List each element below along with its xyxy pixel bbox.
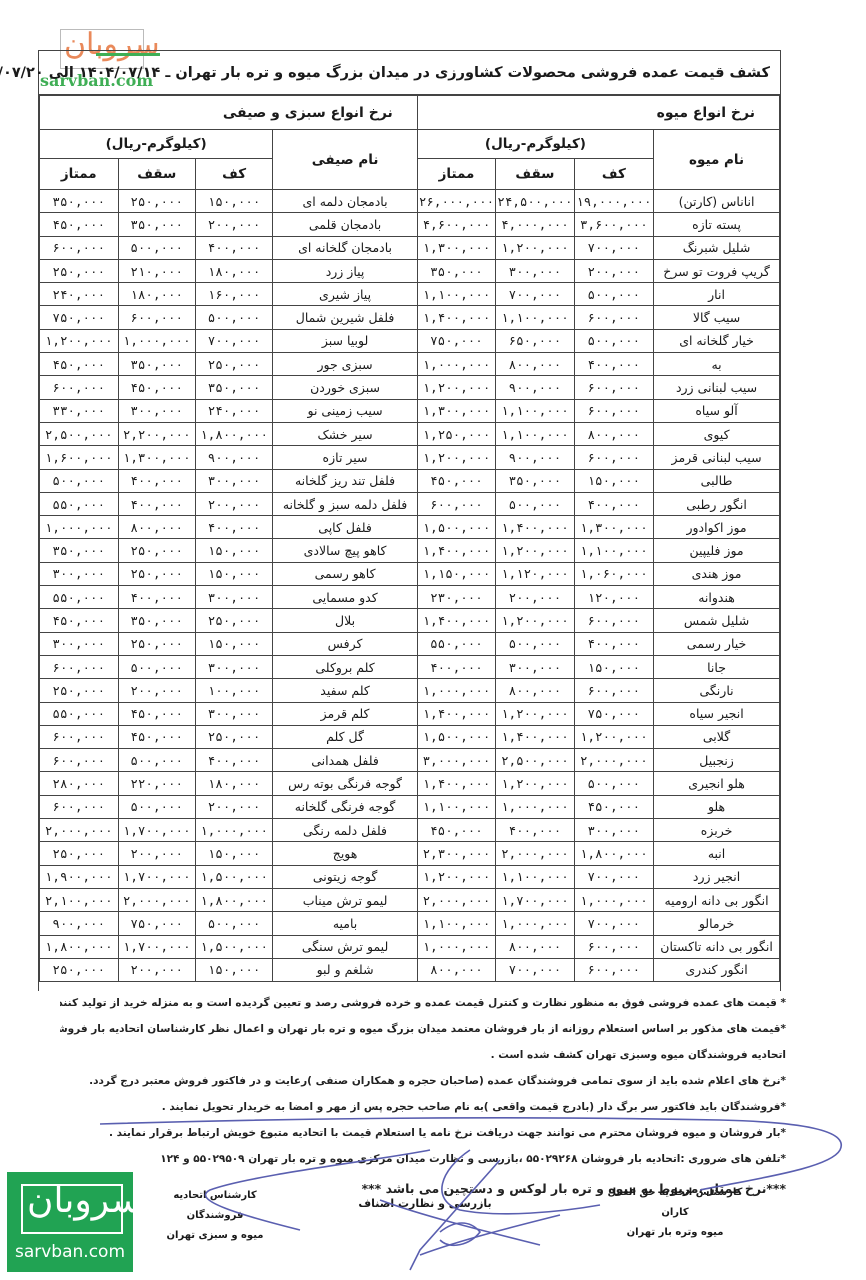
fruit-name-cell: سیب لبنانی زرد <box>654 376 780 399</box>
vegetable-max-cell: ۳۵۰,۰۰۰ <box>118 213 195 236</box>
note-line: اتحادیه فروشندگان میوه وسبزی تهران کشف ش… <box>60 1042 786 1068</box>
fruit-premium-cell: ۱,۱۵۰,۰۰۰ <box>417 562 495 585</box>
fruit-max-cell: ۱,۰۰۰,۰۰۰ <box>496 795 574 818</box>
vegetable-min-cell: ۱,۵۰۰,۰۰۰ <box>195 935 272 958</box>
fruit-section-heading: نرخ انواع میوه <box>417 96 779 130</box>
table-row: جانا۱۵۰,۰۰۰۳۰۰,۰۰۰۴۰۰,۰۰۰کلم بروکلی۳۰۰,۰… <box>40 655 780 678</box>
vegetable-premium-cell: ۲۵۰,۰۰۰ <box>40 679 119 702</box>
vegetable-max-cell: ۲۵۰,۰۰۰ <box>118 190 195 213</box>
vegetable-premium-header: ممتاز <box>40 159 119 190</box>
vegetable-min-cell: ۲۴۰,۰۰۰ <box>195 399 272 422</box>
fruit-premium-cell: ۲۶,۰۰۰,۰۰۰ <box>417 190 495 213</box>
vegetable-max-cell: ۸۰۰,۰۰۰ <box>118 516 195 539</box>
fruit-name-cell: شلیل شبرنگ <box>654 236 780 259</box>
table-row: آلو سیاه۶۰۰,۰۰۰۱,۱۰۰,۰۰۰۱,۳۰۰,۰۰۰سیب زمی… <box>40 399 780 422</box>
vegetable-min-cell: ۳۰۰,۰۰۰ <box>195 469 272 492</box>
vegetable-max-cell: ۱,۷۰۰,۰۰۰ <box>118 819 195 842</box>
note-line: *تلفن های ضروری :اتحادیه بار فروشان ۵۵۰۲… <box>60 1146 786 1172</box>
vegetable-min-cell: ۲۰۰,۰۰۰ <box>195 492 272 515</box>
fruit-premium-cell: ۲,۰۰۰,۰۰۰ <box>417 888 495 911</box>
vegetable-max-cell: ۲۰۰,۰۰۰ <box>118 842 195 865</box>
fruit-max-cell: ۹۰۰,۰۰۰ <box>496 446 574 469</box>
vegetable-premium-cell: ۳۵۰,۰۰۰ <box>40 539 119 562</box>
vegetable-name-cell: کلم بروکلی <box>273 655 417 678</box>
vegetable-min-cell: ۵۰۰,۰۰۰ <box>195 306 272 329</box>
fruit-min-cell: ۶۰۰,۰۰۰ <box>574 935 653 958</box>
fruit-name-header: نام میوه <box>654 130 780 190</box>
vegetable-name-cell: گوجه فرنگی بوته رس <box>273 772 417 795</box>
fruit-name-cell: اناناس (کارتن) <box>654 190 780 213</box>
vegetable-premium-cell: ۲۴۰,۰۰۰ <box>40 283 119 306</box>
fruit-min-cell: ۳,۶۰۰,۰۰۰ <box>574 213 653 236</box>
fruit-premium-cell: ۴۵۰,۰۰۰ <box>417 819 495 842</box>
fruit-min-cell: ۶۰۰,۰۰۰ <box>574 306 653 329</box>
fruit-premium-cell: ۱,۲۵۰,۰۰۰ <box>417 422 495 445</box>
fruit-max-cell: ۱,۱۰۰,۰۰۰ <box>496 306 574 329</box>
vegetable-name-cell: پیاز شیری <box>273 283 417 306</box>
fruit-premium-cell: ۱,۰۰۰,۰۰۰ <box>417 935 495 958</box>
table-row: اناناس (کارتن)۱۹,۰۰۰,۰۰۰۲۴,۵۰۰,۰۰۰۲۶,۰۰۰… <box>40 190 780 213</box>
fruit-min-cell: ۴۵۰,۰۰۰ <box>574 795 653 818</box>
vegetable-max-cell: ۵۰۰,۰۰۰ <box>118 655 195 678</box>
table-row: زنجبیل۲,۰۰۰,۰۰۰۲,۵۰۰,۰۰۰۳,۰۰۰,۰۰۰فلفل هم… <box>40 749 780 772</box>
table-row: طالبی۱۵۰,۰۰۰۳۵۰,۰۰۰۴۵۰,۰۰۰فلفل تند ریز گ… <box>40 469 780 492</box>
vegetable-premium-cell: ۱,۰۰۰,۰۰۰ <box>40 516 119 539</box>
vegetable-premium-cell: ۴۵۰,۰۰۰ <box>40 213 119 236</box>
fruit-name-cell: گریپ فروت تو سرخ <box>654 259 780 282</box>
fruit-name-cell: انگور کندری <box>654 958 780 981</box>
vegetable-min-cell: ۲۵۰,۰۰۰ <box>195 609 272 632</box>
fruit-name-cell: هندوانه <box>654 586 780 609</box>
table-row: انار۵۰۰,۰۰۰۷۰۰,۰۰۰۱,۱۰۰,۰۰۰پیاز شیری۱۶۰,… <box>40 283 780 306</box>
fruit-min-cell: ۳۰۰,۰۰۰ <box>574 819 653 842</box>
vegetable-min-cell: ۱,۸۰۰,۰۰۰ <box>195 888 272 911</box>
fruit-min-cell: ۱۵۰,۰۰۰ <box>574 469 653 492</box>
vegetable-section-heading: نرخ انواع سبزی و صیفی <box>40 96 418 130</box>
vegetable-premium-cell: ۵۵۰,۰۰۰ <box>40 492 119 515</box>
fruit-name-cell: نارنگی <box>654 679 780 702</box>
fruit-max-cell: ۵۰۰,۰۰۰ <box>496 632 574 655</box>
fruit-min-cell: ۵۰۰,۰۰۰ <box>574 772 653 795</box>
fruit-min-cell: ۱۵۰,۰۰۰ <box>574 655 653 678</box>
fruit-min-cell: ۵۰۰,۰۰۰ <box>574 329 653 352</box>
fruit-min-cell: ۷۰۰,۰۰۰ <box>574 912 653 935</box>
vegetable-max-cell: ۲۱۰,۰۰۰ <box>118 259 195 282</box>
vegetable-name-cell: بادمجان قلمی <box>273 213 417 236</box>
vegetable-min-cell: ۱,۰۰۰,۰۰۰ <box>195 819 272 842</box>
fruit-name-cell: خیار گلخانه ای <box>654 329 780 352</box>
price-sheet: کشف قیمت عمده فروشی محصولات کشاورزی در م… <box>38 50 781 991</box>
vegetable-premium-cell: ۶۰۰,۰۰۰ <box>40 236 119 259</box>
fruit-premium-cell: ۱,۱۰۰,۰۰۰ <box>417 795 495 818</box>
watermark-bottom: سروبان sarvban.com <box>7 1172 133 1272</box>
vegetable-premium-cell: ۵۵۰,۰۰۰ <box>40 702 119 725</box>
vegetable-name-cell: کرفس <box>273 632 417 655</box>
vegetable-min-cell: ۳۰۰,۰۰۰ <box>195 586 272 609</box>
fruit-min-cell: ۱۲۰,۰۰۰ <box>574 586 653 609</box>
table-row: نارنگی۶۰۰,۰۰۰۸۰۰,۰۰۰۱,۰۰۰,۰۰۰کلم سفید۱۰۰… <box>40 679 780 702</box>
vegetable-name-cell: لیمو ترش سنگی <box>273 935 417 958</box>
vegetable-name-cell: گوجه زیتونی <box>273 865 417 888</box>
vegetable-premium-cell: ۱,۶۰۰,۰۰۰ <box>40 446 119 469</box>
fruit-name-cell: انار <box>654 283 780 306</box>
fruit-name-cell: انگور بی دانه تاکستان <box>654 935 780 958</box>
fruit-name-cell: خربزه <box>654 819 780 842</box>
vegetable-name-cell: لوبیا سبز <box>273 329 417 352</box>
vegetable-premium-cell: ۳۰۰,۰۰۰ <box>40 632 119 655</box>
fruit-max-cell: ۷۰۰,۰۰۰ <box>496 958 574 981</box>
vegetable-max-cell: ۴۰۰,۰۰۰ <box>118 586 195 609</box>
fruit-min-cell: ۱,۱۰۰,۰۰۰ <box>574 539 653 562</box>
vegetable-min-cell: ۱۵۰,۰۰۰ <box>195 539 272 562</box>
fruit-min-cell: ۱۹,۰۰۰,۰۰۰ <box>574 190 653 213</box>
table-row: خربزه۳۰۰,۰۰۰۴۰۰,۰۰۰۴۵۰,۰۰۰فلفل دلمه رنگی… <box>40 819 780 842</box>
vegetable-max-cell: ۴۰۰,۰۰۰ <box>118 469 195 492</box>
note-line: *فروشندگان باید فاکتور سر برگ دار (بادرج… <box>60 1094 786 1120</box>
vegetable-max-cell: ۵۰۰,۰۰۰ <box>118 749 195 772</box>
note-line: * قیمت های عمده فروشی فوق به منظور نظارت… <box>60 990 786 1016</box>
fruit-premium-cell: ۲۳۰,۰۰۰ <box>417 586 495 609</box>
vegetable-max-cell: ۴۵۰,۰۰۰ <box>118 725 195 748</box>
fruit-name-cell: شلیل شمس <box>654 609 780 632</box>
fruit-name-cell: به <box>654 353 780 376</box>
vegetable-premium-cell: ۳۵۰,۰۰۰ <box>40 190 119 213</box>
fruit-premium-cell: ۷۵۰,۰۰۰ <box>417 329 495 352</box>
fruit-premium-cell: ۶۰۰,۰۰۰ <box>417 492 495 515</box>
fruit-min-cell: ۸۰۰,۰۰۰ <box>574 422 653 445</box>
vegetable-premium-cell: ۳۰۰,۰۰۰ <box>40 562 119 585</box>
vegetable-premium-cell: ۲۸۰,۰۰۰ <box>40 772 119 795</box>
fruit-max-cell: ۵۰۰,۰۰۰ <box>496 492 574 515</box>
table-row: انبه۱,۸۰۰,۰۰۰۲,۰۰۰,۰۰۰۲,۳۰۰,۰۰۰هویج۱۵۰,۰… <box>40 842 780 865</box>
fruit-name-cell: انجیر زرد <box>654 865 780 888</box>
fruit-name-cell: انگور بی دانه ارومیه <box>654 888 780 911</box>
fruit-premium-cell: ۱,۳۰۰,۰۰۰ <box>417 236 495 259</box>
fruit-premium-cell: ۴,۶۰۰,۰۰۰ <box>417 213 495 236</box>
fruit-max-cell: ۹۰۰,۰۰۰ <box>496 376 574 399</box>
vegetable-premium-cell: ۵۵۰,۰۰۰ <box>40 586 119 609</box>
fruit-min-cell: ۷۵۰,۰۰۰ <box>574 702 653 725</box>
vegetable-min-cell: ۲۰۰,۰۰۰ <box>195 795 272 818</box>
vegetable-max-cell: ۵۰۰,۰۰۰ <box>118 236 195 259</box>
fruit-premium-cell: ۱,۴۰۰,۰۰۰ <box>417 306 495 329</box>
fruit-min-cell: ۶۰۰,۰۰۰ <box>574 376 653 399</box>
signature-title: کارشناس اتحادیه فروشندگان <box>145 1186 285 1226</box>
fruit-premium-cell: ۱,۰۰۰,۰۰۰ <box>417 353 495 376</box>
fruit-name-cell: هلو <box>654 795 780 818</box>
vegetable-max-cell: ۲,۲۰۰,۰۰۰ <box>118 422 195 445</box>
vegetable-min-cell: ۱۵۰,۰۰۰ <box>195 562 272 585</box>
fruit-premium-cell: ۱,۲۰۰,۰۰۰ <box>417 376 495 399</box>
vegetable-name-cell: سیب زمینی نو <box>273 399 417 422</box>
vegetable-premium-cell: ۷۵۰,۰۰۰ <box>40 306 119 329</box>
table-row: هلو انجیری۵۰۰,۰۰۰۱,۲۰۰,۰۰۰۱,۴۰۰,۰۰۰گوجه … <box>40 772 780 795</box>
fruit-max-cell: ۳۵۰,۰۰۰ <box>496 469 574 492</box>
fruit-premium-header: ممتاز <box>417 159 495 190</box>
fruit-max-cell: ۱,۲۰۰,۰۰۰ <box>496 539 574 562</box>
fruit-name-cell: پسته تازه <box>654 213 780 236</box>
vegetable-max-cell: ۷۵۰,۰۰۰ <box>118 912 195 935</box>
vegetable-min-cell: ۱۶۰,۰۰۰ <box>195 283 272 306</box>
vegetable-name-cell: سیر تازه <box>273 446 417 469</box>
fruit-max-cell: ۱,۲۰۰,۰۰۰ <box>496 609 574 632</box>
table-row: به۴۰۰,۰۰۰۸۰۰,۰۰۰۱,۰۰۰,۰۰۰سبزی جور۲۵۰,۰۰۰… <box>40 353 780 376</box>
vegetable-premium-cell: ۱,۹۰۰,۰۰۰ <box>40 865 119 888</box>
vegetable-name-cell: کاهو پیچ سالادی <box>273 539 417 562</box>
vegetable-max-cell: ۲۵۰,۰۰۰ <box>118 539 195 562</box>
vegetable-premium-cell: ۳۳۰,۰۰۰ <box>40 399 119 422</box>
signature-inspection: بازرسی و نظارت اصناف <box>350 1194 500 1214</box>
fruit-min-cell: ۴۰۰,۰۰۰ <box>574 492 653 515</box>
vegetable-max-cell: ۶۰۰,۰۰۰ <box>118 306 195 329</box>
vegetable-name-cell: فلفل کاپی <box>273 516 417 539</box>
vegetable-name-cell: کدو مسمایی <box>273 586 417 609</box>
fruit-max-cell: ۱,۲۰۰,۰۰۰ <box>496 772 574 795</box>
vegetable-max-cell: ۲۲۰,۰۰۰ <box>118 772 195 795</box>
vegetable-max-cell: ۱,۷۰۰,۰۰۰ <box>118 935 195 958</box>
fruit-name-cell: کیوی <box>654 422 780 445</box>
vegetable-premium-cell: ۴۵۰,۰۰۰ <box>40 353 119 376</box>
vegetable-min-cell: ۲۵۰,۰۰۰ <box>195 353 272 376</box>
fruit-min-cell: ۶۰۰,۰۰۰ <box>574 399 653 422</box>
fruit-premium-cell: ۴۰۰,۰۰۰ <box>417 655 495 678</box>
vegetable-name-cell: بادمجان دلمه ای <box>273 190 417 213</box>
signature-brokers-union: کارشناس اتحادیه حق العمل کاران میوه وتره… <box>600 1183 750 1243</box>
fruit-min-cell: ۲۰۰,۰۰۰ <box>574 259 653 282</box>
fruit-max-cell: ۴,۰۰۰,۰۰۰ <box>496 213 574 236</box>
fruit-min-cell: ۱,۰۶۰,۰۰۰ <box>574 562 653 585</box>
fruit-max-cell: ۱,۱۲۰,۰۰۰ <box>496 562 574 585</box>
signature-subtitle: میوه وتره بار تهران <box>600 1223 750 1243</box>
vegetable-name-cell: گل کلم <box>273 725 417 748</box>
fruit-name-cell: سیب لبنانی قرمز <box>654 446 780 469</box>
vegetable-min-cell: ۱۵۰,۰۰۰ <box>195 842 272 865</box>
notes-block: * قیمت های عمده فروشی فوق به منظور نظارت… <box>60 990 786 1202</box>
fruit-name-cell: آلو سیاه <box>654 399 780 422</box>
fruit-max-cell: ۷۰۰,۰۰۰ <box>496 283 574 306</box>
vegetable-premium-cell: ۶۰۰,۰۰۰ <box>40 725 119 748</box>
fruit-name-cell: موز هندی <box>654 562 780 585</box>
fruit-max-cell: ۱,۲۰۰,۰۰۰ <box>496 702 574 725</box>
signature-title: کارشناس اتحادیه حق العمل کاران <box>600 1183 750 1223</box>
fruit-premium-cell: ۳,۰۰۰,۰۰۰ <box>417 749 495 772</box>
vegetable-max-cell: ۲,۰۰۰,۰۰۰ <box>118 888 195 911</box>
vegetable-max-cell: ۱۸۰,۰۰۰ <box>118 283 195 306</box>
fruit-name-cell: زنجبیل <box>654 749 780 772</box>
table-row: شلیل شمس۶۰۰,۰۰۰۱,۲۰۰,۰۰۰۱,۴۰۰,۰۰۰بلال۲۵۰… <box>40 609 780 632</box>
vegetable-name-header: نام صیفی <box>273 130 417 190</box>
vegetable-name-cell: هویج <box>273 842 417 865</box>
fruit-max-cell: ۳۰۰,۰۰۰ <box>496 655 574 678</box>
vegetable-min-cell: ۱۵۰,۰۰۰ <box>195 632 272 655</box>
table-row: شلیل شبرنگ۷۰۰,۰۰۰۱,۲۰۰,۰۰۰۱,۳۰۰,۰۰۰بادمج… <box>40 236 780 259</box>
fruit-premium-cell: ۱,۴۰۰,۰۰۰ <box>417 539 495 562</box>
fruit-max-cell: ۲,۰۰۰,۰۰۰ <box>496 842 574 865</box>
table-row: انگور کندری۶۰۰,۰۰۰۷۰۰,۰۰۰۸۰۰,۰۰۰شلغم و ل… <box>40 958 780 981</box>
price-table: نرخ انواع میوه نرخ انواع سبزی و صیفی نام… <box>39 95 780 982</box>
vegetable-unit-header: (کیلوگرم-ریال) <box>40 130 273 159</box>
vegetable-premium-cell: ۹۰۰,۰۰۰ <box>40 912 119 935</box>
vegetable-name-cell: کلم سفید <box>273 679 417 702</box>
fruit-max-cell: ۱,۰۰۰,۰۰۰ <box>496 912 574 935</box>
fruit-min-cell: ۶۰۰,۰۰۰ <box>574 958 653 981</box>
fruit-premium-cell: ۳۵۰,۰۰۰ <box>417 259 495 282</box>
fruit-name-cell: خیار رسمی <box>654 632 780 655</box>
table-row: موز اکوادور۱,۳۰۰,۰۰۰۱,۴۰۰,۰۰۰۱,۵۰۰,۰۰۰فل… <box>40 516 780 539</box>
fruit-premium-cell: ۵۵۰,۰۰۰ <box>417 632 495 655</box>
vegetable-max-cell: ۲۰۰,۰۰۰ <box>118 679 195 702</box>
signature-title: بازرسی و نظارت اصناف <box>350 1194 500 1214</box>
table-row: پسته تازه۳,۶۰۰,۰۰۰۴,۰۰۰,۰۰۰۴,۶۰۰,۰۰۰بادم… <box>40 213 780 236</box>
vegetable-name-cell: فلفل شیرین شمال <box>273 306 417 329</box>
fruit-name-cell: گلابی <box>654 725 780 748</box>
vegetable-premium-cell: ۲۵۰,۰۰۰ <box>40 958 119 981</box>
vegetable-premium-cell: ۲,۰۰۰,۰۰۰ <box>40 819 119 842</box>
note-line: *قیمت های مذکور بر اساس استعلام روزانه ا… <box>60 1016 786 1042</box>
fruit-min-cell: ۶۰۰,۰۰۰ <box>574 609 653 632</box>
fruit-premium-cell: ۱,۱۰۰,۰۰۰ <box>417 912 495 935</box>
vegetable-max-cell: ۳۵۰,۰۰۰ <box>118 353 195 376</box>
watermark-url: sarvban.com <box>7 1242 133 1262</box>
fruit-name-cell: انجیر سیاه <box>654 702 780 725</box>
table-row: هندوانه۱۲۰,۰۰۰۲۰۰,۰۰۰۲۳۰,۰۰۰کدو مسمایی۳۰… <box>40 586 780 609</box>
fruit-max-cell: ۱,۲۰۰,۰۰۰ <box>496 236 574 259</box>
table-row: خیار گلخانه ای۵۰۰,۰۰۰۶۵۰,۰۰۰۷۵۰,۰۰۰لوبیا… <box>40 329 780 352</box>
fruit-max-cell: ۱,۴۰۰,۰۰۰ <box>496 516 574 539</box>
table-row: خرمالو۷۰۰,۰۰۰۱,۰۰۰,۰۰۰۱,۱۰۰,۰۰۰بامیه۵۰۰,… <box>40 912 780 935</box>
table-row: خیار رسمی۴۰۰,۰۰۰۵۰۰,۰۰۰۵۵۰,۰۰۰کرفس۱۵۰,۰۰… <box>40 632 780 655</box>
vegetable-name-cell: پیاز زرد <box>273 259 417 282</box>
vegetable-name-cell: گوجه فرنگی گلخانه <box>273 795 417 818</box>
vegetable-max-cell: ۴۵۰,۰۰۰ <box>118 376 195 399</box>
vegetable-max-cell: ۵۰۰,۰۰۰ <box>118 795 195 818</box>
vegetable-min-cell: ۷۰۰,۰۰۰ <box>195 329 272 352</box>
table-row: موز فلیپین۱,۱۰۰,۰۰۰۱,۲۰۰,۰۰۰۱,۴۰۰,۰۰۰کاه… <box>40 539 780 562</box>
fruit-max-header: سقف <box>496 159 574 190</box>
fruit-max-cell: ۸۰۰,۰۰۰ <box>496 679 574 702</box>
vegetable-min-cell: ۳۰۰,۰۰۰ <box>195 655 272 678</box>
note-line: *نرخ های اعلام شده باید از سوی تمامی فرو… <box>60 1068 786 1094</box>
vegetable-min-cell: ۹۰۰,۰۰۰ <box>195 446 272 469</box>
fruit-name-cell: موز فلیپین <box>654 539 780 562</box>
vegetable-min-cell: ۱۵۰,۰۰۰ <box>195 958 272 981</box>
vegetable-name-cell: لیمو ترش میناب <box>273 888 417 911</box>
fruit-min-cell: ۱,۸۰۰,۰۰۰ <box>574 842 653 865</box>
table-row: انجیر زرد۷۰۰,۰۰۰۱,۱۰۰,۰۰۰۱,۲۰۰,۰۰۰گوجه ز… <box>40 865 780 888</box>
fruit-min-cell: ۵۰۰,۰۰۰ <box>574 283 653 306</box>
vegetable-max-cell: ۴۵۰,۰۰۰ <box>118 702 195 725</box>
fruit-min-header: کف <box>574 159 653 190</box>
vegetable-min-cell: ۵۰۰,۰۰۰ <box>195 912 272 935</box>
vegetable-premium-cell: ۱,۲۰۰,۰۰۰ <box>40 329 119 352</box>
table-row: هلو۴۵۰,۰۰۰۱,۰۰۰,۰۰۰۱,۱۰۰,۰۰۰گوجه فرنگی گ… <box>40 795 780 818</box>
fruit-min-cell: ۱,۲۰۰,۰۰۰ <box>574 725 653 748</box>
table-row: گریپ فروت تو سرخ۲۰۰,۰۰۰۳۰۰,۰۰۰۳۵۰,۰۰۰پیا… <box>40 259 780 282</box>
fruit-premium-cell: ۱,۳۰۰,۰۰۰ <box>417 399 495 422</box>
fruit-max-cell: ۲۴,۵۰۰,۰۰۰ <box>496 190 574 213</box>
vegetable-premium-cell: ۶۰۰,۰۰۰ <box>40 655 119 678</box>
vegetable-max-cell: ۳۵۰,۰۰۰ <box>118 609 195 632</box>
fruit-max-cell: ۴۰۰,۰۰۰ <box>496 819 574 842</box>
watermark-logo-text: سروبان <box>27 1180 142 1221</box>
fruit-premium-cell: ۱,۲۰۰,۰۰۰ <box>417 446 495 469</box>
table-row: سیب لبنانی قرمز۶۰۰,۰۰۰۹۰۰,۰۰۰۱,۲۰۰,۰۰۰سی… <box>40 446 780 469</box>
fruit-premium-cell: ۲,۳۰۰,۰۰۰ <box>417 842 495 865</box>
signature-subtitle: میوه و سبزی تهران <box>145 1226 285 1246</box>
vegetable-max-cell: ۲۵۰,۰۰۰ <box>118 562 195 585</box>
table-row: انگور بی دانه تاکستان۶۰۰,۰۰۰۸۰۰,۰۰۰۱,۰۰۰… <box>40 935 780 958</box>
table-row: موز هندی۱,۰۶۰,۰۰۰۱,۱۲۰,۰۰۰۱,۱۵۰,۰۰۰کاهو … <box>40 562 780 585</box>
vegetable-min-cell: ۱,۵۰۰,۰۰۰ <box>195 865 272 888</box>
vegetable-premium-cell: ۶۰۰,۰۰۰ <box>40 749 119 772</box>
vegetable-premium-cell: ۶۰۰,۰۰۰ <box>40 376 119 399</box>
vegetable-name-cell: فلفل همدانی <box>273 749 417 772</box>
fruit-max-cell: ۲۰۰,۰۰۰ <box>496 586 574 609</box>
signature-sellers-union: کارشناس اتحادیه فروشندگان میوه و سبزی ته… <box>145 1186 285 1246</box>
vegetable-premium-cell: ۱,۸۰۰,۰۰۰ <box>40 935 119 958</box>
vegetable-name-cell: کاهو رسمی <box>273 562 417 585</box>
fruit-premium-cell: ۱,۰۰۰,۰۰۰ <box>417 679 495 702</box>
vegetable-name-cell: کلم قرمز <box>273 702 417 725</box>
vegetable-name-cell: بادمجان گلخانه ای <box>273 236 417 259</box>
fruit-premium-cell: ۸۰۰,۰۰۰ <box>417 958 495 981</box>
vegetable-max-cell: ۲۵۰,۰۰۰ <box>118 632 195 655</box>
vegetable-premium-cell: ۶۰۰,۰۰۰ <box>40 795 119 818</box>
fruit-max-cell: ۱,۱۰۰,۰۰۰ <box>496 422 574 445</box>
table-row: انجیر سیاه۷۵۰,۰۰۰۱,۲۰۰,۰۰۰۱,۴۰۰,۰۰۰کلم ق… <box>40 702 780 725</box>
vegetable-max-cell: ۳۰۰,۰۰۰ <box>118 399 195 422</box>
fruit-max-cell: ۱,۷۰۰,۰۰۰ <box>496 888 574 911</box>
vegetable-name-cell: بامیه <box>273 912 417 935</box>
fruit-max-cell: ۱,۱۰۰,۰۰۰ <box>496 865 574 888</box>
vegetable-min-cell: ۳۵۰,۰۰۰ <box>195 376 272 399</box>
fruit-name-cell: انگور رطبی <box>654 492 780 515</box>
fruit-name-cell: موز اکوادور <box>654 516 780 539</box>
vegetable-min-cell: ۴۰۰,۰۰۰ <box>195 749 272 772</box>
vegetable-min-cell: ۱۰۰,۰۰۰ <box>195 679 272 702</box>
vegetable-premium-cell: ۵۰۰,۰۰۰ <box>40 469 119 492</box>
document-title: کشف قیمت عمده فروشی محصولات کشاورزی در م… <box>39 51 780 95</box>
vegetable-max-cell: ۴۰۰,۰۰۰ <box>118 492 195 515</box>
vegetable-max-header: سقف <box>118 159 195 190</box>
vegetable-min-cell: ۴۰۰,۰۰۰ <box>195 236 272 259</box>
price-table-body: اناناس (کارتن)۱۹,۰۰۰,۰۰۰۲۴,۵۰۰,۰۰۰۲۶,۰۰۰… <box>40 190 780 982</box>
fruit-min-cell: ۶۰۰,۰۰۰ <box>574 679 653 702</box>
fruit-max-cell: ۱,۴۰۰,۰۰۰ <box>496 725 574 748</box>
fruit-name-cell: جانا <box>654 655 780 678</box>
fruit-name-cell: هلو انجیری <box>654 772 780 795</box>
vegetable-premium-cell: ۴۵۰,۰۰۰ <box>40 609 119 632</box>
fruit-name-cell: طالبی <box>654 469 780 492</box>
table-row: انگور رطبی۴۰۰,۰۰۰۵۰۰,۰۰۰۶۰۰,۰۰۰فلفل دلمه… <box>40 492 780 515</box>
vegetable-name-cell: بلال <box>273 609 417 632</box>
fruit-max-cell: ۸۰۰,۰۰۰ <box>496 935 574 958</box>
vegetable-min-cell: ۴۰۰,۰۰۰ <box>195 516 272 539</box>
fruit-min-cell: ۶۰۰,۰۰۰ <box>574 446 653 469</box>
fruit-min-cell: ۱,۰۰۰,۰۰۰ <box>574 888 653 911</box>
vegetable-name-cell: فلفل تند ریز گلخانه <box>273 469 417 492</box>
fruit-premium-cell: ۱,۵۰۰,۰۰۰ <box>417 516 495 539</box>
fruit-max-cell: ۳۰۰,۰۰۰ <box>496 259 574 282</box>
vegetable-min-cell: ۲۵۰,۰۰۰ <box>195 725 272 748</box>
vegetable-name-cell: سیر خشک <box>273 422 417 445</box>
vegetable-premium-cell: ۲,۵۰۰,۰۰۰ <box>40 422 119 445</box>
table-row: کیوی۸۰۰,۰۰۰۱,۱۰۰,۰۰۰۱,۲۵۰,۰۰۰سیر خشک۱,۸۰… <box>40 422 780 445</box>
fruit-premium-cell: ۱,۵۰۰,۰۰۰ <box>417 725 495 748</box>
vegetable-min-cell: ۲۰۰,۰۰۰ <box>195 213 272 236</box>
fruit-min-cell: ۱,۳۰۰,۰۰۰ <box>574 516 653 539</box>
vegetable-min-cell: ۱۸۰,۰۰۰ <box>195 259 272 282</box>
